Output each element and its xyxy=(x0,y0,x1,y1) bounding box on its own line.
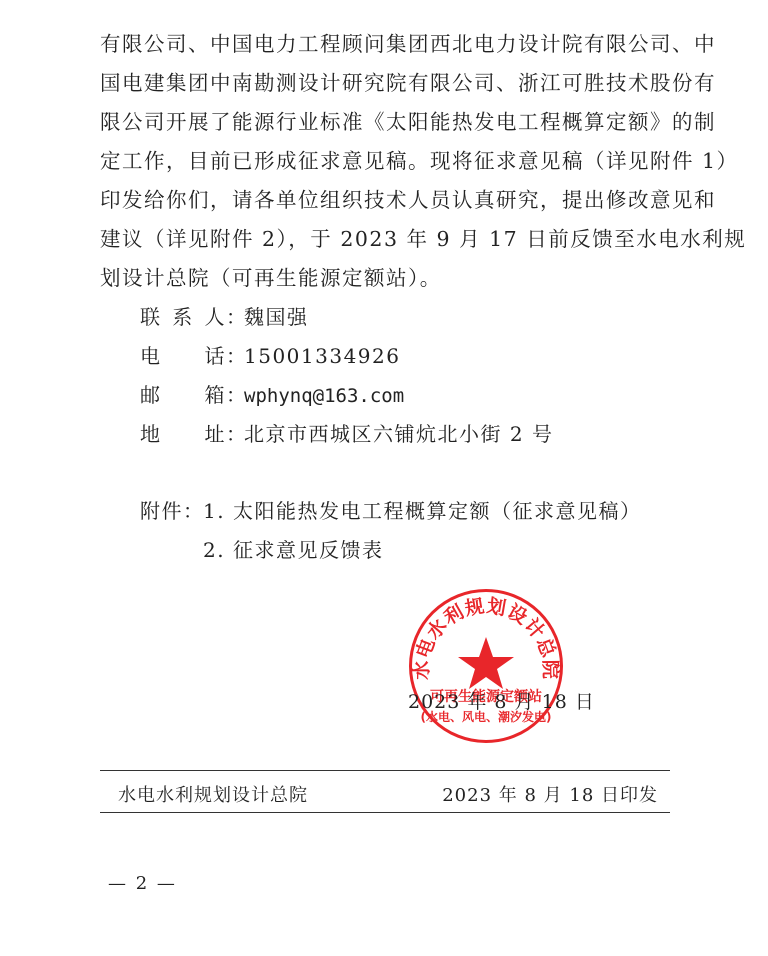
paragraph-line: 有限公司、中国电力工程顾问集团西北电力设计院有限公司、中 xyxy=(100,30,668,58)
paragraph-line: 印发给你们，请各单位组织技术人员认真研究，提出修改意见和 xyxy=(100,186,668,214)
contact-person-label: 联系人 xyxy=(140,303,226,331)
paragraph-line: 国电建集团中南勘测设计研究院有限公司、浙江可胜技术股份有 xyxy=(100,69,668,97)
footer-bottom-rule xyxy=(100,812,670,813)
colon: ： xyxy=(226,342,244,370)
colon: ： xyxy=(226,303,244,331)
official-seal: 水电水利规划设计总院 可再生能源定额站 (水电、风电、潮汐发电) xyxy=(409,589,563,743)
paragraph-line: 划设计总院（可再生能源定额站）。 xyxy=(100,264,442,292)
footer-top-rule xyxy=(100,770,670,771)
footer-issuer: 水电水利规划设计总院 xyxy=(118,783,308,809)
colon: ： xyxy=(226,420,244,448)
attachments-label: 附件： xyxy=(140,497,205,525)
contact-email-value: wphynq@163.com xyxy=(244,385,404,407)
star-icon xyxy=(458,637,514,689)
attachment-item: 1. 太阳能热发电工程概算定额（征求意见稿） xyxy=(203,497,641,525)
contact-person-value: 魏国强 xyxy=(244,305,309,329)
contact-person-row: 联系人：魏国强 xyxy=(140,303,309,331)
contact-email-row: 邮 箱：wphynq@163.com xyxy=(140,381,404,410)
colon: ： xyxy=(226,381,244,409)
attachment-item: 2. 征求意见反馈表 xyxy=(203,536,383,564)
seal-graphic: 水电水利规划设计总院 可再生能源定额站 (水电、风电、潮汐发电) xyxy=(409,589,563,743)
paragraph-line: 限公司开展了能源行业标准《太阳能热发电工程概算定额》的制 xyxy=(100,108,668,136)
contact-address-value: 北京市西城区六铺炕北小街 2 号 xyxy=(244,422,553,446)
footer-issue-date: 2023 年 8 月 18 日印发 xyxy=(442,783,658,809)
contact-phone-value: 15001334926 xyxy=(244,344,400,368)
contact-address-row: 地 址：北京市西城区六铺炕北小街 2 号 xyxy=(140,420,553,448)
paragraph-line: 建议（详见附件 2），于 2023 年 9 月 17 日前反馈至水电水利规 xyxy=(100,225,668,253)
paragraph-line: 定工作，目前已形成征求意见稿。现将征求意见稿（详见附件 1） xyxy=(100,147,668,175)
signature-date: 2023 年 8 月 18 日 xyxy=(408,690,595,714)
contact-phone-label: 电 话 xyxy=(140,342,226,370)
contact-email-label: 邮 箱 xyxy=(140,381,226,409)
contact-address-label: 地 址 xyxy=(140,420,226,448)
page-number: — 2 — xyxy=(108,872,177,896)
contact-phone-row: 电 话：15001334926 xyxy=(140,342,400,370)
